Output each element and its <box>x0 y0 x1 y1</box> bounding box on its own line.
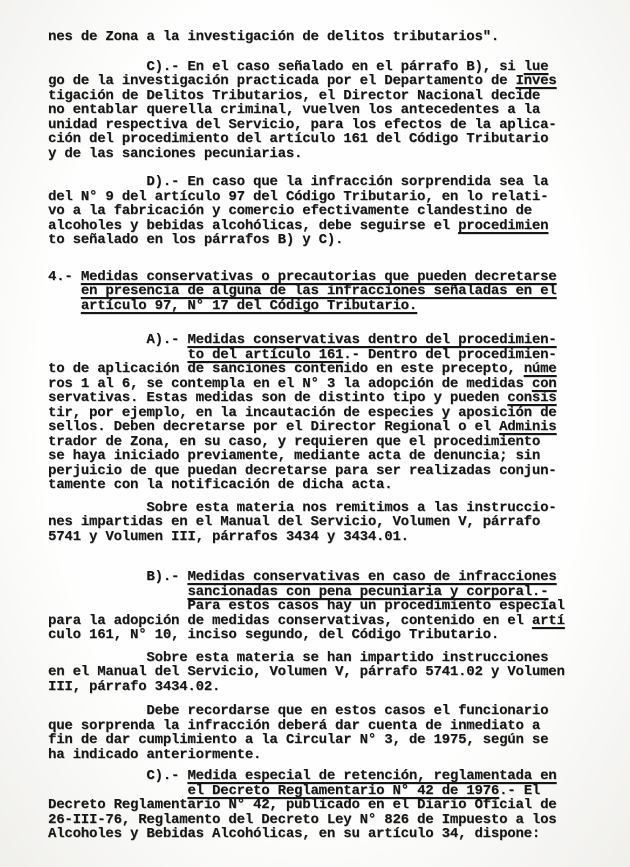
reference-note-2: Sobre esta materia se han impartido inst… <box>48 651 620 695</box>
text-line: servativas. Estas medidas son de distint… <box>48 391 620 406</box>
paragraph-c: C).- En el caso señalado en el párrafo B… <box>48 60 620 162</box>
text-line: para la adopción de medidas conservativa… <box>48 614 620 629</box>
text-line: del N° 9 del artículo 97 del Código Trib… <box>48 190 620 205</box>
text-line: y de las sanciones pecuniarias. <box>48 147 620 162</box>
text-line: B).- Medidas conservativas en caso de in… <box>48 570 620 585</box>
section-4-heading: 4.- Medidas conservativas o precautorias… <box>48 270 620 314</box>
text-line: unidad respectiva del Servicio, para los… <box>48 118 620 133</box>
text-segment: to señalado en los párrafos B) y C). <box>48 232 343 248</box>
text-line: Sobre esta materia se han impartido inst… <box>48 651 620 666</box>
text-line: Debe recordarse que en estos casos el fu… <box>48 704 620 719</box>
text-line: to del artículo 161.- Dentro del procedi… <box>48 348 620 363</box>
intro-line-fragment: nes de Zona a la investigación de delito… <box>48 30 620 45</box>
text-line: no entablar querella criminal, vuelven l… <box>48 103 620 118</box>
document-page: nes de Zona a la investigación de delito… <box>0 0 630 867</box>
text-line: C).- Medida especial de retención, regla… <box>48 769 620 784</box>
text-segment <box>48 298 81 314</box>
text-line: el Decreto Reglamentario N° 42 de 1976.-… <box>48 784 620 799</box>
text-line: tigación de Delitos Tributarios, el Dire… <box>48 89 620 104</box>
text-line: D).- En caso que la infracción sorprendi… <box>48 175 620 190</box>
text-segment: y de las sanciones pecuniarias. <box>48 146 302 162</box>
text-line: tamente con la notificación de dicha act… <box>48 478 620 493</box>
text-line: 26-III-76, Reglamento del Decreto Ley N°… <box>48 813 620 828</box>
text-line: A).- Medidas conservativas dentro del pr… <box>48 333 620 348</box>
text-line: tir, por ejemplo, en la incautación de e… <box>48 406 620 421</box>
text-line: ros 1 al 6, se contempla en el N° 3 la a… <box>48 377 620 392</box>
text-line: go de la investigación practicada por el… <box>48 74 620 89</box>
text-line: sancionadas con pena pecuniaria y corpor… <box>48 585 620 600</box>
text-segment: culo 161, N° 10, inciso segundo, del Cód… <box>48 627 499 643</box>
text-line: Decreto Reglamentario N° 42, publicado e… <box>48 798 620 813</box>
text-line: se haya iniciado previamente, mediante a… <box>48 449 620 464</box>
text-line: nes de Zona a la investigación de delito… <box>48 30 620 45</box>
text-line: sellos. Deben decretarse por el Director… <box>48 420 620 435</box>
text-line: Para estos casos hay un procedimiento es… <box>48 599 620 614</box>
text-line: alcoholes y bebidas alcohólicas, debe se… <box>48 219 620 234</box>
text-line: fin de dar cumplimiento a la Circular N°… <box>48 733 620 748</box>
text-line: culo 161, N° 10, inciso segundo, del Cód… <box>48 628 620 643</box>
text-line: artículo 97, N° 17 del Código Tributario… <box>48 299 620 314</box>
underlined-text: artí <box>532 613 565 629</box>
text-line: vo a la fabricación y comercio efectivam… <box>48 204 620 219</box>
text-line: 4.- Medidas conservativas o precautorias… <box>48 270 620 285</box>
text-line: que sorprenda la infracción deberá dar c… <box>48 719 620 734</box>
reference-note-1: Sobre esta materia nos remitimos a las i… <box>48 501 620 545</box>
text-segment: tamente con la notificación de dicha act… <box>48 477 392 493</box>
text-line: 5741 y Volumen III, párrafos 3434 y 3434… <box>48 530 620 545</box>
text-segment: Alcoholes y Bebidas Alcohólicas, en su a… <box>48 826 540 842</box>
text-line: nes impartidas en el Manual del Servicio… <box>48 515 620 530</box>
reminder-note: Debe recordarse que en estos casos el fu… <box>48 704 620 762</box>
paragraph-c2: C).- Medida especial de retención, regla… <box>48 769 620 842</box>
text-segment: ha indicado anteriormente. <box>48 747 261 763</box>
paragraph-a: A).- Medidas conservativas dentro del pr… <box>48 333 620 493</box>
text-segment: III, párrafo 3434.02. <box>48 679 220 695</box>
paragraph-b: B).- Medidas conservativas en caso de in… <box>48 570 620 643</box>
text-segment: 5741 y Volumen III, párrafos 3434 y 3434… <box>48 529 409 545</box>
document-body: nes de Zona a la investigación de delito… <box>48 30 620 842</box>
text-line: perjuicio de que puedan decretarse para … <box>48 464 620 479</box>
text-line: en el Manual del Servicio, Volumen V, pá… <box>48 665 620 680</box>
text-line: en presencia de alguna de las infraccion… <box>48 284 620 299</box>
text-line: to señalado en los párrafos B) y C). <box>48 233 620 248</box>
text-line: C).- En el caso señalado en el párrafo B… <box>48 60 620 75</box>
paragraph-d: D).- En caso que la infracción sorprendi… <box>48 175 620 248</box>
text-line: to de aplicación de sanciones contenido … <box>48 362 620 377</box>
text-line: ha indicado anteriormente. <box>48 748 620 763</box>
text-line: Sobre esta materia nos remitimos a las i… <box>48 501 620 516</box>
text-line: ción del procedimiento del artículo 161 … <box>48 132 620 147</box>
text-segment: nes de Zona a la investigación de delito… <box>48 29 499 45</box>
underlined-text: procedimien <box>458 218 548 234</box>
underlined-text: artículo 97, N° 17 del Código Tributario… <box>81 298 417 314</box>
text-line: trador de Zona, en su caso, y requieren … <box>48 435 620 450</box>
text-line: III, párrafo 3434.02. <box>48 680 620 695</box>
text-line: Alcoholes y Bebidas Alcohólicas, en su a… <box>48 827 620 842</box>
